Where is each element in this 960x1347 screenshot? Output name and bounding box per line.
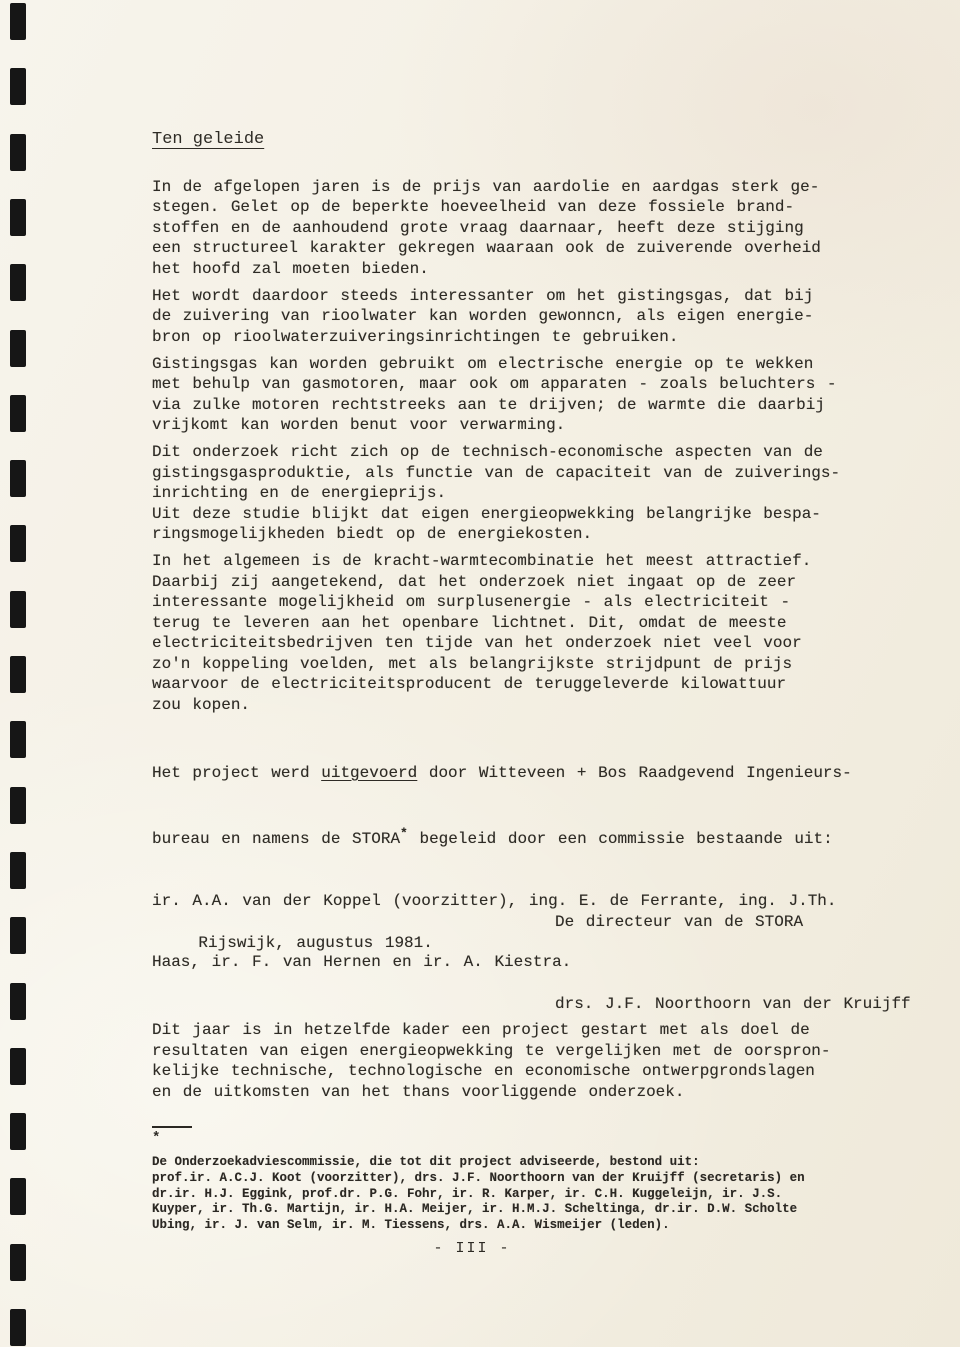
dateline: Rijswijk, augustus 1981. xyxy=(198,934,432,952)
binding-hole xyxy=(10,3,26,40)
page-number: - III - xyxy=(152,1240,792,1257)
binding-hole xyxy=(10,134,26,171)
paragraph-kracht-warmte: In het algemeen is de kracht-warmtecombi… xyxy=(152,551,932,715)
binding-hole xyxy=(10,721,26,758)
line-segment: Het project werd xyxy=(152,764,321,782)
binding-hole xyxy=(10,852,26,889)
line-segment: door Witteveen + Bos Raadgevend Ingenieu… xyxy=(417,764,851,782)
footnote-reference-star: * xyxy=(400,826,408,841)
paragraph-line: Het project werd uitgevoerd door Witteve… xyxy=(152,763,932,784)
binding-hole xyxy=(10,199,26,236)
line-segment: begeleid door een commissie bestaande ui… xyxy=(408,830,833,848)
binding-hole xyxy=(10,264,26,301)
binding-hole xyxy=(10,68,26,105)
page-title: Ten geleide xyxy=(152,130,932,151)
paragraph-line: bureau en namens de STORA* begeleid door… xyxy=(152,824,932,850)
paragraph-intro: In de afgelopen jaren is de prijs van aa… xyxy=(152,177,932,280)
binding-hole xyxy=(10,983,26,1020)
binding-hole xyxy=(10,787,26,824)
closing-row: Rijswijk, augustus 1981. De directeur va… xyxy=(152,912,932,994)
paragraph-vervolgproject: Dit jaar is in hetzelfde kader een proje… xyxy=(152,1020,932,1102)
paragraph-line: ir. A.A. van der Koppel (voorzitter), in… xyxy=(152,891,932,912)
binding-hole xyxy=(10,1113,26,1150)
footnote-asterisk: * xyxy=(152,1131,932,1146)
paragraph-onderzoek: Dit onderzoek richt zich op de technisch… xyxy=(152,442,932,545)
footnote-text: De Onderzoekadviescommissie, die tot dit… xyxy=(152,1155,932,1234)
binding-hole xyxy=(10,395,26,432)
binding-hole xyxy=(10,591,26,628)
signature-title: De directeur van de STORA xyxy=(555,912,803,933)
binding-hole xyxy=(10,330,26,367)
footnote: * De Onderzoekadviescommissie, die tot d… xyxy=(152,1126,932,1234)
underlined-word: uitgevoerd xyxy=(321,764,417,782)
binding-hole xyxy=(10,1244,26,1281)
binding-hole xyxy=(10,1048,26,1085)
binding-hole xyxy=(10,917,26,954)
line-segment: bureau en namens de STORA xyxy=(152,830,400,848)
binding-hole xyxy=(10,1178,26,1215)
signature-name: drs. J.F. Noorthoorn van der Kruijff xyxy=(555,994,911,1015)
binding-hole xyxy=(10,525,26,562)
binding-hole xyxy=(10,1309,26,1346)
paragraph-gistingsgas: Het wordt daardoor steeds interessanter … xyxy=(152,286,932,348)
binding-hole xyxy=(10,460,26,497)
paragraph-energie-opwekken: Gistingsgas kan worden gebruikt om elect… xyxy=(152,354,932,436)
document-page: Ten geleide In de afgelopen jaren is de … xyxy=(0,0,960,1347)
footnote-divider xyxy=(152,1126,192,1128)
binding-hole xyxy=(10,656,26,693)
